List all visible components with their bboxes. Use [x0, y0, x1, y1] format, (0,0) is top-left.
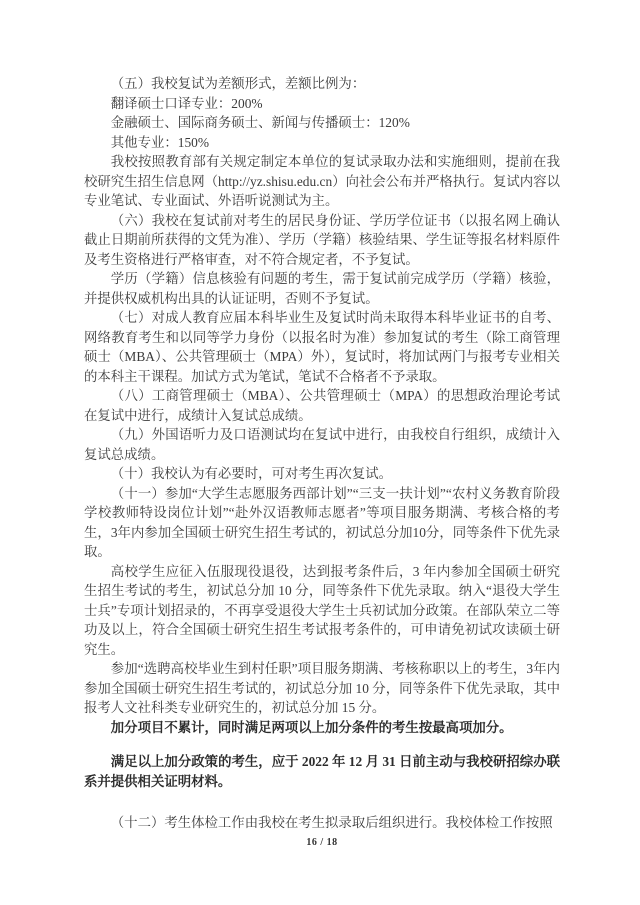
paragraph-5-retest-ratio-intro: （五）我校复试为差额形式，差额比例为： — [84, 74, 560, 94]
page-number: 16 / 18 — [84, 833, 560, 853]
document-page: （五）我校复试为差额形式，差额比例为： 翻译硕士口译专业：200% 金融硕士、国… — [0, 0, 640, 905]
paragraph-credential-verification: 学历（学籍）信息核验有问题的考生，需于复试前完成学历（学籍）核验，并提供权威机构… — [84, 269, 560, 308]
paragraph-6-document-review: （六）我校在复试前对考生的居民身份证、学历学位证书（以报名网上确认截止日期前所获… — [84, 211, 560, 270]
paragraph-retest-rules-publication: 我校按照教育部有关规定制定本单位的复试录取办法和实施细则，提前在我校研究生招生信… — [84, 152, 560, 211]
paragraph-ratio-finance-business-journalism: 金融硕士、国际商务硕士、新闻与传播硕士：120% — [84, 113, 560, 133]
paragraph-10-second-retest: （十）我校认为有必要时，可对考生再次复试。 — [84, 464, 560, 484]
paragraph-9-foreign-language-test: （九）外国语听力及口语测试均在复试中进行，由我校自行组织，成绩计入复试总成绩。 — [84, 425, 560, 464]
paragraph-11-service-program-bonus: （十一）参加“大学生志愿服务西部计划”“三支一扶计划”“农村义务教育阶段学校教师… — [84, 484, 560, 562]
paragraph-7-additional-tests: （七）对成人教育应届本科毕业生及复试时尚未取得本科毕业证书的自考、网络教育考生和… — [84, 308, 560, 386]
paragraph-military-service-bonus: 高校学生应征入伍服现役退役，达到报考条件后，3 年内参加全国硕士研究生招生考试的… — [84, 562, 560, 660]
paragraph-bonus-not-cumulative: 加分项目不累计，同时满足两项以上加分条件的考生按最高项加分。 — [84, 718, 560, 738]
paragraph-ratio-interpreting: 翻译硕士口译专业：200% — [84, 94, 560, 114]
paragraph-12-physical-examination: （十二）考生体检工作由我校在考生拟录取后组织进行。我校体检工作按照 — [84, 813, 560, 833]
document-body: （五）我校复试为差额形式，差额比例为： 翻译硕士口译专业：200% 金融硕士、国… — [84, 74, 560, 852]
paragraph-bonus-deadline-notice: 满足以上加分政策的考生，应于 2022 年 12 月 31 日前主动与我校研招综… — [84, 752, 560, 791]
paragraph-8-mba-mpa-politics-exam: （八）工商管理硕士（MBA）、公共管理硕士（MPA）的思想政治理论考试在复试中进… — [84, 386, 560, 425]
paragraph-ratio-other-majors: 其他专业：150% — [84, 133, 560, 153]
paragraph-village-service-bonus: 参加“选聘高校毕业生到村任职”项目服务期满、考核称职以上的考生，3年内参加全国硕… — [84, 659, 560, 718]
